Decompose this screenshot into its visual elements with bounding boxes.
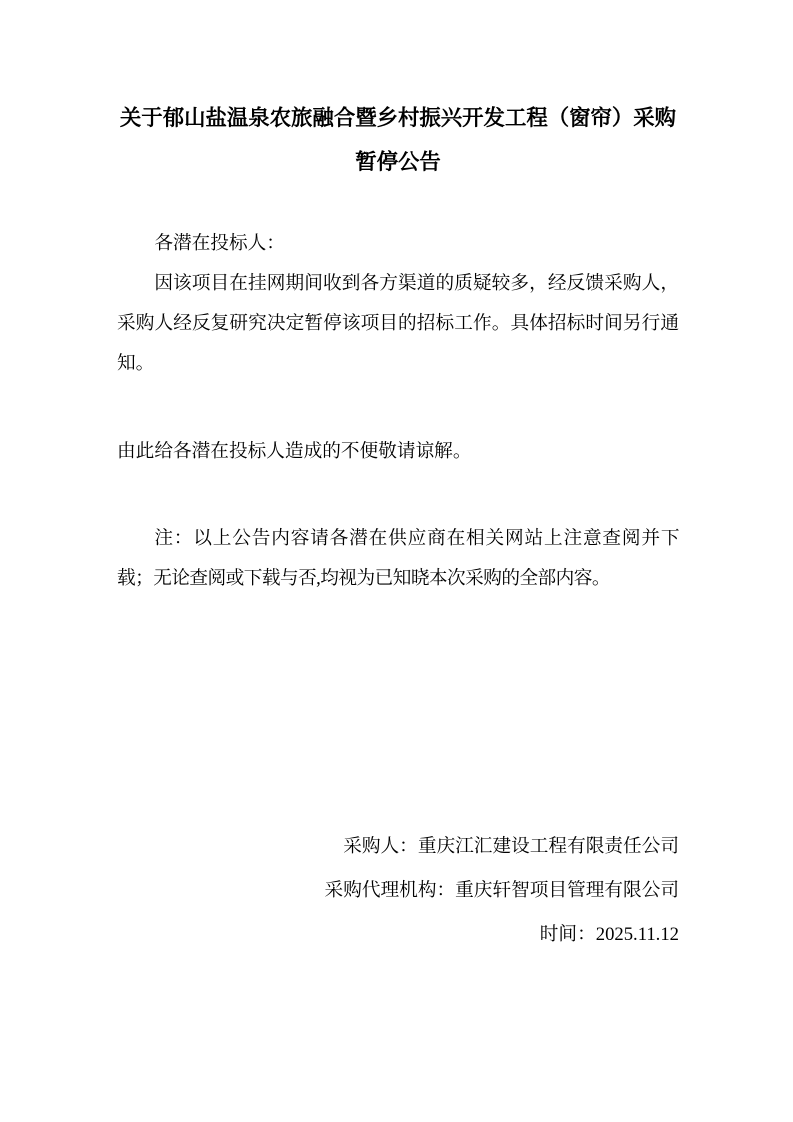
signature-block: 采购人：重庆江汇建设工程有限责任公司 采购代理机构：重庆轩智项目管理有限公司 时… <box>117 825 679 957</box>
paragraph-note: 注：以上公告内容请各潜在供应商在相关网站上注意查阅并下载；无论查阅或下载与否,均… <box>117 519 679 599</box>
document-title: 关于郁山盐温泉农旅融合暨乡村振兴开发工程（窗帘）采购 暂停公告 <box>117 96 679 184</box>
paragraph-suspension: 因该项目在挂网期间收到各方渠道的质疑较多，经反馈采购人，采购人经反复研究决定暂停… <box>117 264 679 384</box>
signature-purchaser: 采购人：重庆江汇建设工程有限责任公司 <box>117 825 679 869</box>
paragraph-apology: 由此给各潜在投标人造成的不便敬请谅解。 <box>117 432 679 472</box>
signature-agency: 采购代理机构：重庆轩智项目管理有限公司 <box>117 869 679 913</box>
salutation: 各潜在投标人： <box>117 224 679 264</box>
title-line-1: 关于郁山盐温泉农旅融合暨乡村振兴开发工程（窗帘）采购 <box>117 96 679 140</box>
document-page: 关于郁山盐温泉农旅融合暨乡村振兴开发工程（窗帘）采购 暂停公告 各潜在投标人： … <box>0 0 793 1122</box>
title-line-2: 暂停公告 <box>117 140 679 184</box>
signature-date: 时间：2025.11.12 <box>117 913 679 957</box>
